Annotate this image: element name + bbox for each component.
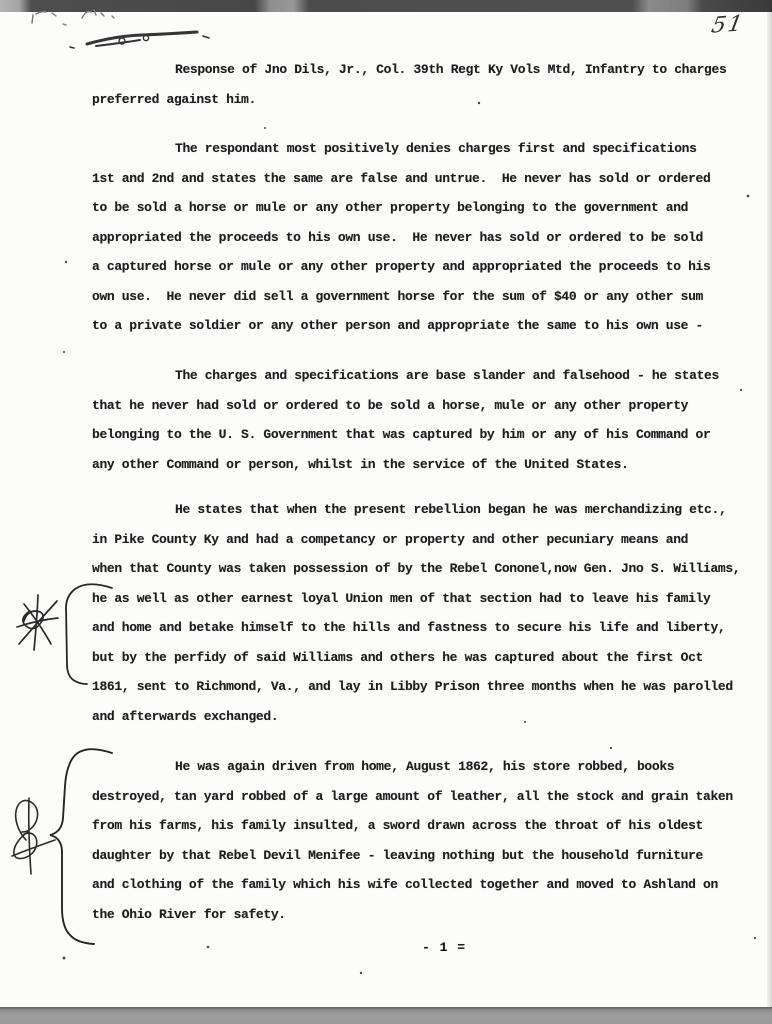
scanner-edge-top [0, 0, 772, 12]
paragraph-2: The respondant most positively denies ch… [92, 134, 742, 341]
paragraph-5: He was again driven from home, August 18… [92, 752, 742, 929]
paragraph-1: Response of Jno Dils, Jr., Col. 39th Reg… [92, 55, 742, 114]
scanner-edge-right [767, 12, 772, 1007]
paragraph-3: The charges and specifications are base … [92, 361, 742, 479]
handwritten-page-number: 51 [709, 10, 762, 38]
asterisk-margin-mark [17, 595, 58, 650]
pencil-scribble-top-left [32, 10, 114, 25]
paragraph-4: He states that when the present rebellio… [92, 495, 742, 731]
page-footer-number: - 1 = [422, 933, 466, 963]
loop-flourish-mark [12, 798, 55, 874]
scanner-edge-bottom [0, 1007, 772, 1024]
pencil-dash-top-left [70, 32, 209, 48]
